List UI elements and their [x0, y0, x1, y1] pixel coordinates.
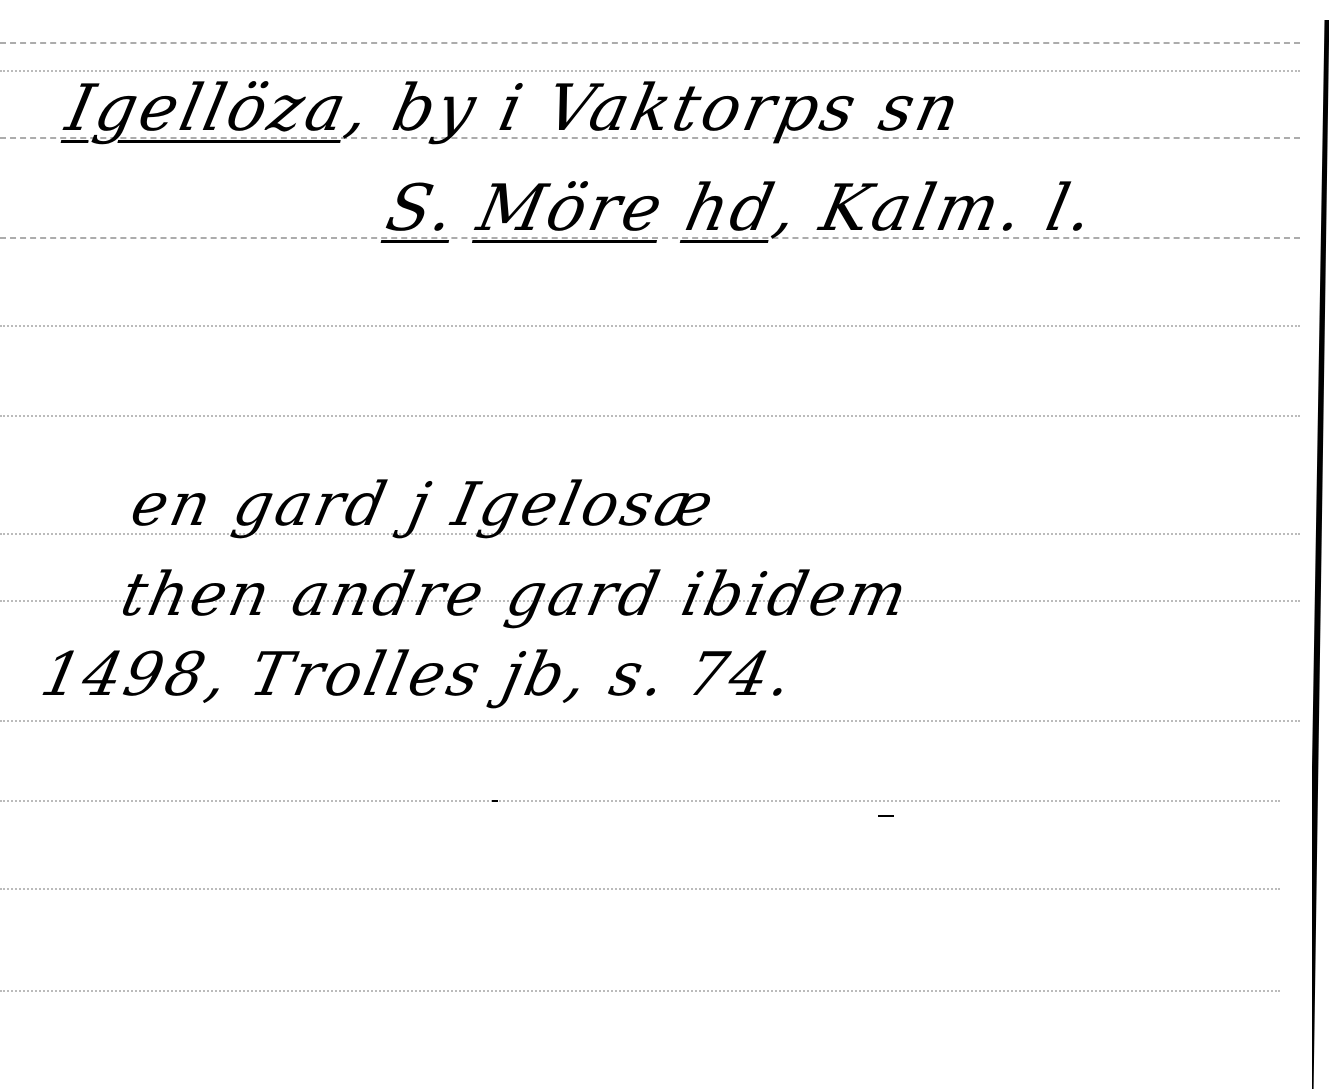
ruled-line [0, 990, 1280, 992]
heading-line-2: S. Möre hd, Kalm. l. [380, 172, 1102, 246]
ruled-line [0, 888, 1280, 890]
ruled-line [0, 415, 1300, 417]
entry-line-1: en gard j Igelosæ [125, 470, 722, 540]
ruled-line [0, 42, 1300, 44]
ruled-line [0, 720, 1300, 722]
source-year: 1498, [35, 640, 237, 710]
place-name: Igellöza [60, 72, 355, 146]
ruled-line [0, 800, 1280, 802]
ruled-line [0, 325, 1300, 327]
source-page: , s. 74. [559, 640, 800, 710]
stray-mark [878, 815, 894, 817]
district-prefix: S. [380, 172, 464, 246]
source-line: 1498, Trolles jb, s. 74. [35, 640, 801, 710]
entry-line-2: then andre gard ibidem [115, 560, 916, 630]
county: , Kalm. l. [767, 172, 1102, 246]
stray-mark [492, 800, 498, 802]
heading-line-1: Igellöza, by i Vaktorps sn [60, 72, 969, 146]
card-edge-shadow [1301, 20, 1329, 1089]
heading-location: , by i Vaktorps sn [339, 72, 968, 146]
source-reference: Trolles jb [244, 640, 574, 710]
district-hd: hd [679, 172, 783, 246]
archive-record-card: Igellöza, by i Vaktorps sn S. Möre hd, K… [0, 0, 1329, 1089]
district-name: Möre [471, 172, 671, 246]
